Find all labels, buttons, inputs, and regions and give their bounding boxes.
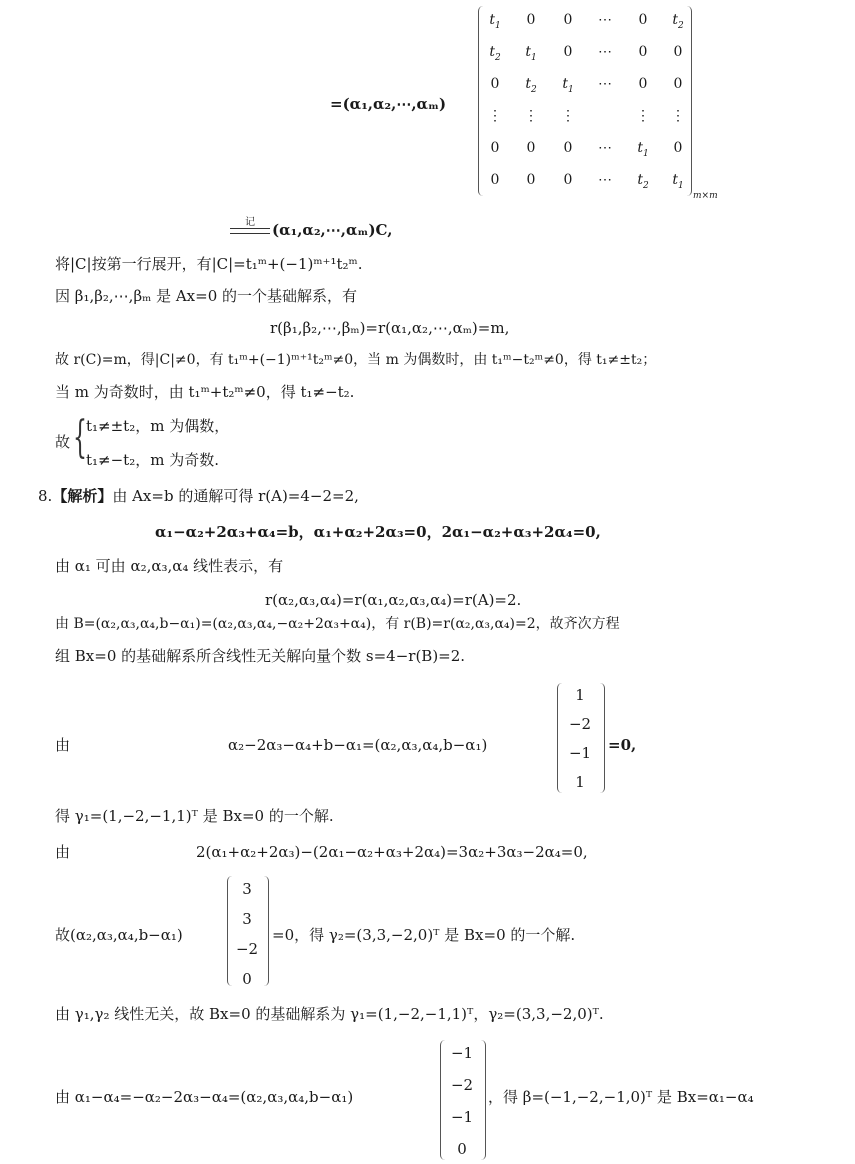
- matrix-cell: ⋮: [553, 108, 583, 124]
- case-odd: t₁≠−t₂，m 为奇数.: [86, 450, 219, 470]
- matrix-cell: 0: [553, 44, 583, 60]
- vector-entry: 0: [444, 1140, 480, 1158]
- matrix-cell: t2: [480, 44, 510, 63]
- text-expand: 将|C|按第一行展开，有|C|=t₁ᵐ+(−1)ᵐ⁺¹t₂ᵐ.: [55, 254, 363, 274]
- matrix-cell: ⋯: [590, 76, 620, 92]
- matrix-cell: ⋯: [590, 140, 620, 156]
- matrix-cell: ⋯: [590, 44, 620, 60]
- matrix-cell: t2: [628, 172, 658, 191]
- vector-entry: −2: [229, 940, 265, 958]
- q8-line-B: 由 B=(α₂,α₃,α₄,b−α₁)=(α₂,α₃,α₄,−α₂+2α₃+α₄…: [55, 614, 620, 634]
- matrix-cell: t1: [553, 76, 583, 95]
- matrix-cell: 0: [480, 140, 510, 156]
- matrix-cell: ⋮: [663, 108, 693, 124]
- matrix-cell: 0: [628, 12, 658, 28]
- matrix-cell: t1: [628, 140, 658, 159]
- matrix-cell: t1: [663, 172, 693, 191]
- vector-entry: −2: [444, 1076, 480, 1094]
- q8-line-B2: 组 Bx=0 的基础解系所含线性无关解向量个数 s=4−r(B)=2.: [55, 646, 465, 666]
- gu-suffix: =0，得 γ₂=(3,3,−2,0)ᵀ 是 Bx=0 的一个解.: [272, 925, 575, 945]
- you-label-1: 由: [55, 735, 70, 755]
- vector-entry: 1: [562, 773, 598, 791]
- q8-equations: α₁−α₂+2α₃+α₄=b，α₁+α₂+2α₃=0，2α₁−α₂+α₃+2α₄…: [155, 522, 601, 542]
- eq-gamma1: α₂−2α₃−α₄+b−α₁=(α₂,α₃,α₄,b−α₁): [228, 735, 487, 755]
- matrix-cell: ⋮: [628, 108, 658, 124]
- matrix-cell: ⋯: [590, 12, 620, 28]
- matrix-cell: ⋮: [480, 108, 510, 124]
- matrix-cell: 0: [553, 172, 583, 188]
- matrix-cell: t1: [516, 44, 546, 63]
- matrix-cell: 0: [663, 140, 693, 156]
- text-rank: r(β₁,β₂,⋯,βₘ)=r(α₁,α₂,⋯,αₘ)=m,: [270, 318, 509, 338]
- eq-gamma1-end: =0,: [608, 735, 636, 755]
- matrix-cell: 0: [553, 140, 583, 156]
- last-prefix: 由 α₁−α₄=−α₂−2α₃−α₄=(α₂,α₃,α₄,b−α₁): [55, 1087, 353, 1107]
- matrix-cell: 0: [628, 76, 658, 92]
- vector-entry: 3: [229, 880, 265, 898]
- matrix-cell: ⋯: [590, 172, 620, 188]
- vector-entry: 0: [229, 970, 265, 988]
- vector-entry: −1: [444, 1044, 480, 1062]
- you-label-2: 由: [55, 842, 70, 862]
- matrix-cell: 0: [663, 44, 693, 60]
- matrix-cell: 0: [516, 12, 546, 28]
- def-equals: 记: [230, 213, 270, 234]
- matrix-cell: 0: [628, 44, 658, 60]
- basis-statement: 由 γ₁,γ₂ 线性无关，故 Bx=0 的基础解系为 γ₁=(1,−2,−1,1…: [55, 1004, 604, 1024]
- gamma1-statement: 得 γ₁=(1,−2,−1,1)ᵀ 是 Bx=0 的一个解.: [55, 806, 334, 826]
- matrix-cell: 0: [480, 76, 510, 92]
- vector-entry: −1: [562, 744, 598, 762]
- text-odd: 当 m 为奇数时，由 t₁ᵐ+t₂ᵐ≠0，得 t₁≠−t₂.: [55, 382, 354, 402]
- q8-tag: 【解析】: [52, 487, 112, 505]
- q8-a1-represent: 由 α₁ 可由 α₂,α₃,α₄ 线性表示，有: [55, 556, 283, 576]
- circulant-matrix: [478, 6, 692, 196]
- last-suffix: ，得 β=(−1,−2,−1,0)ᵀ 是 Bx=α₁−α₄: [488, 1087, 754, 1107]
- vector-entry: −2: [562, 715, 598, 733]
- left-brace: {: [73, 416, 87, 460]
- text-conclude: 故 r(C)=m，得|C|≠0，有 t₁ᵐ+(−1)ᵐ⁺¹t₂ᵐ≠0，当 m 为…: [55, 350, 656, 370]
- text-basis: 因 β₁,β₂,⋯,βₘ 是 Ax=0 的一个基础解系，有: [55, 286, 357, 306]
- def-label: 记: [230, 213, 270, 228]
- matrix-cell: t1: [480, 12, 510, 31]
- q8-header: 8.【解析】由 Ax=b 的通解可得 r(A)=4−2=2,: [38, 486, 359, 506]
- q8-number: 8.: [38, 487, 52, 505]
- q8-intro: 由 Ax=b 的通解可得 r(A)=4−2=2,: [112, 487, 359, 505]
- matrix-cell: t2: [663, 12, 693, 31]
- matrix-cell: 0: [480, 172, 510, 188]
- cases-label: 故: [55, 432, 70, 452]
- matrix-size-subscript: m×m: [693, 186, 718, 206]
- matrix-cell: 0: [516, 140, 546, 156]
- matrix-lhs: =(α₁,α₂,⋯,αₘ): [330, 94, 446, 114]
- matrix-cell: 0: [663, 76, 693, 92]
- case-even: t₁≠±t₂，m 为偶数，: [86, 416, 229, 436]
- gu-prefix: 故(α₂,α₃,α₄,b−α₁): [55, 925, 183, 945]
- vector-entry: 1: [562, 686, 598, 704]
- matrix-cell: 0: [516, 172, 546, 188]
- def-line: (α₁,α₂,⋯,αₘ)C,: [272, 220, 392, 240]
- q8-rank-eq: r(α₂,α₃,α₄)=r(α₁,α₂,α₃,α₄)=r(A)=2.: [265, 590, 521, 610]
- matrix-cell: t2: [516, 76, 546, 95]
- vector-entry: 3: [229, 910, 265, 928]
- matrix-cell: 0: [553, 12, 583, 28]
- matrix-cell: ⋮: [516, 108, 546, 124]
- eq-combo: 2(α₁+α₂+2α₃)−(2α₁−α₂+α₃+2α₄)=3α₂+3α₃−2α₄…: [196, 842, 588, 862]
- vector-entry: −1: [444, 1108, 480, 1126]
